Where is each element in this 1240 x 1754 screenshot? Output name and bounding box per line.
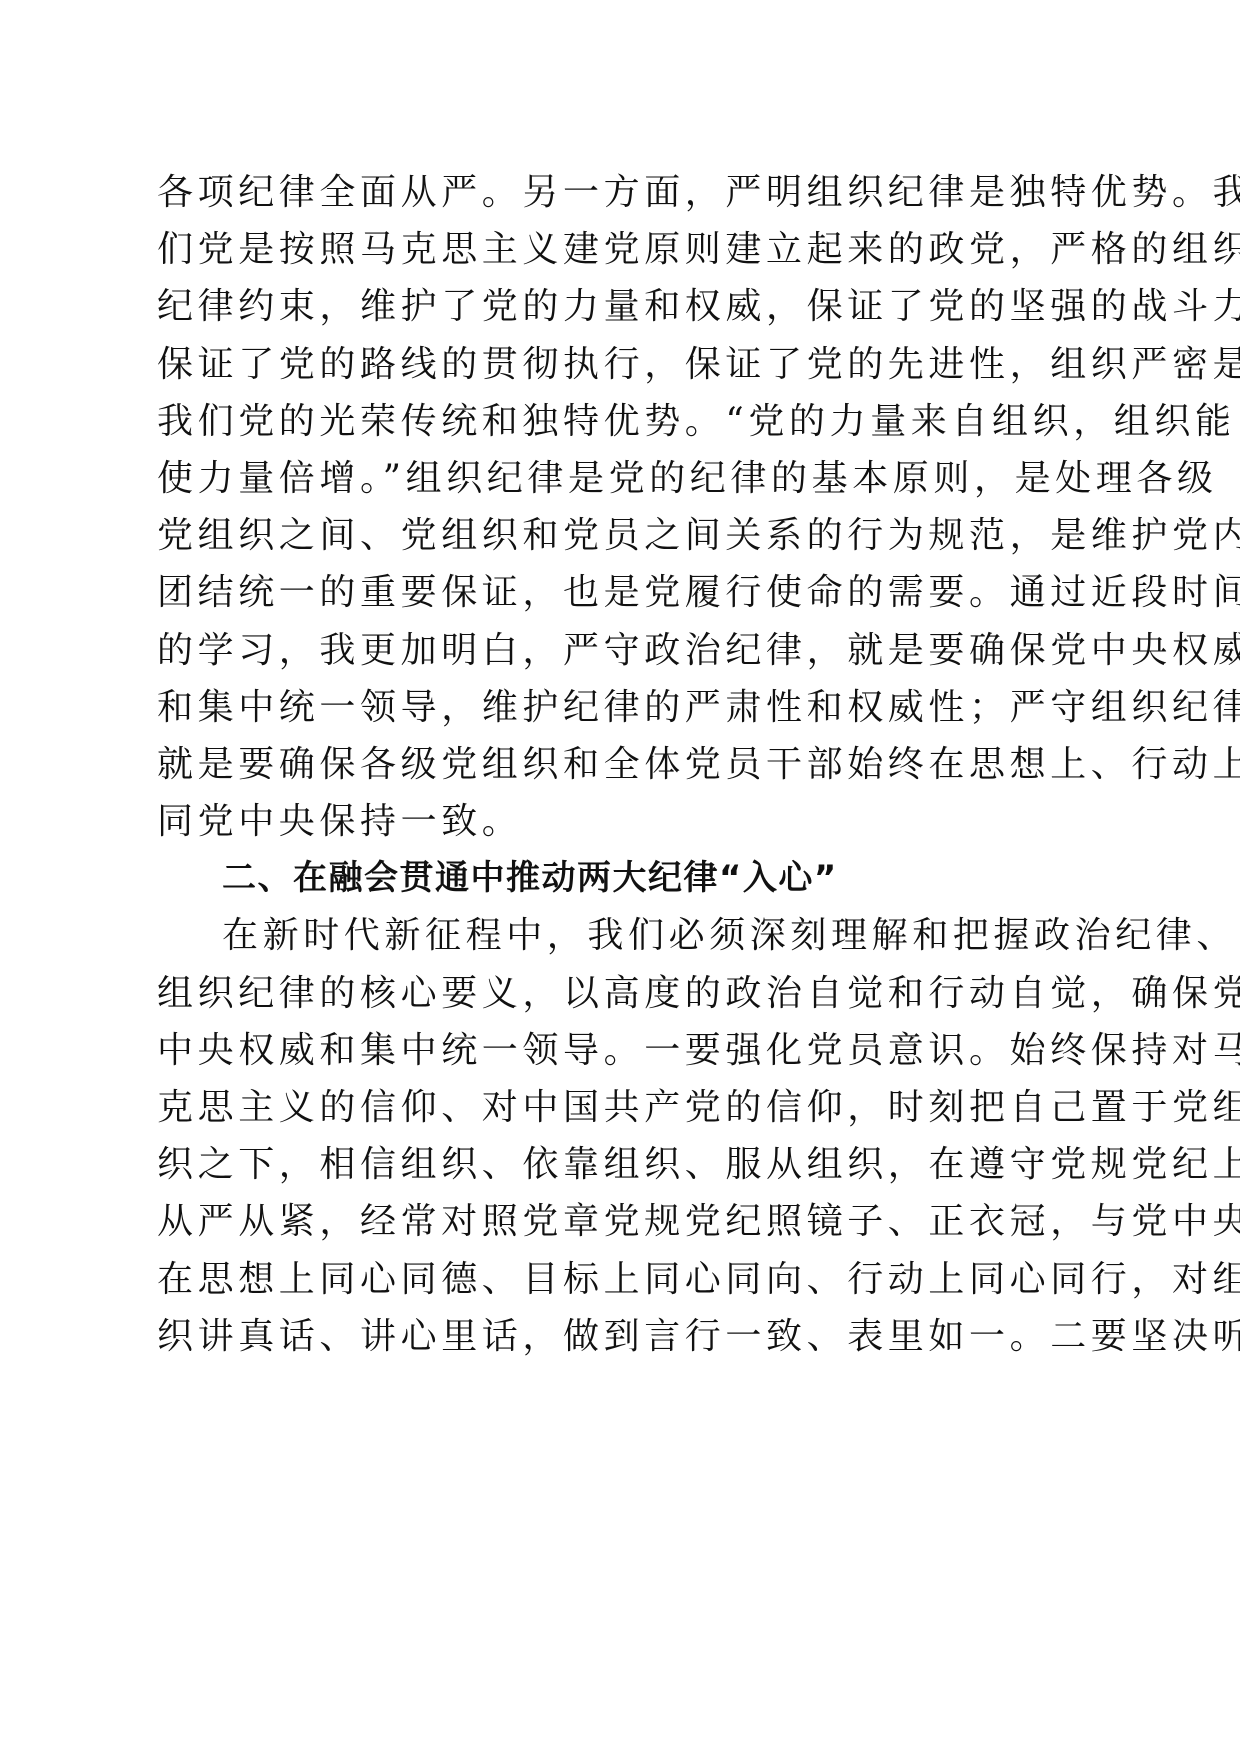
document-page: 各项纪律全面从严。另一方面，严明组织纪律是独特优势。我 们党是按照马克思主义建党… bbox=[157, 164, 1061, 1365]
text-line: 从严从紧，经常对照党章党规党纪照镜子、正衣冠，与党中央 bbox=[157, 1193, 1061, 1250]
text-line: 中央权威和集中统一领导。一要强化党员意识。始终保持对马 bbox=[157, 1022, 1061, 1079]
text-line: 们党是按照马克思主义建党原则建立起来的政党，严格的组织 bbox=[157, 221, 1061, 278]
text-line: 在思想上同心同德、目标上同心同向、行动上同心同行，对组 bbox=[157, 1251, 1061, 1308]
text-line: 在新时代新征程中，我们必须深刻理解和把握政治纪律、 bbox=[157, 907, 1061, 964]
text-line: 和集中统一领导，维护纪律的严肃性和权威性；严守组织纪律， bbox=[157, 679, 1061, 736]
text-line: 纪律约束，维护了党的力量和权威，保证了党的坚强的战斗力， bbox=[157, 278, 1061, 335]
text-line: 党组织之间、党组织和党员之间关系的行为规范，是维护党内 bbox=[157, 507, 1061, 564]
text-line: 织之下，相信组织、依靠组织、服从组织，在遵守党规党纪上 bbox=[157, 1136, 1061, 1193]
text-line: 同党中央保持一致。 bbox=[157, 793, 1061, 850]
text-line: 我们党的光荣传统和独特优势。“党的力量来自组织，组织能 bbox=[157, 393, 1061, 450]
text-line: 团结统一的重要保证，也是党履行使命的需要。通过近段时间 bbox=[157, 564, 1061, 621]
section-heading: 二、在融会贯通中推动两大纪律“入心” bbox=[157, 850, 1061, 907]
text-line: 就是要确保各级党组织和全体党员干部始终在思想上、行动上 bbox=[157, 736, 1061, 793]
text-line: 各项纪律全面从严。另一方面，严明组织纪律是独特优势。我 bbox=[157, 164, 1061, 221]
text-line: 组织纪律的核心要义，以高度的政治自觉和行动自觉，确保党 bbox=[157, 965, 1061, 1022]
text-line: 保证了党的路线的贯彻执行，保证了党的先进性，组织严密是 bbox=[157, 336, 1061, 393]
paragraph-discipline-advantage: 各项纪律全面从严。另一方面，严明组织纪律是独特优势。我 们党是按照马克思主义建党… bbox=[157, 164, 1061, 850]
text-line: 使力量倍增。”组织纪律是党的纪律的基本原则，是处理各级 bbox=[157, 450, 1061, 507]
text-line: 织讲真话、讲心里话，做到言行一致、表里如一。二要坚决听 bbox=[157, 1308, 1061, 1365]
text-line: 克思主义的信仰、对中国共产党的信仰，时刻把自己置于党组 bbox=[157, 1079, 1061, 1136]
text-line: 的学习，我更加明白，严守政治纪律，就是要确保党中央权威 bbox=[157, 622, 1061, 679]
paragraph-party-awareness: 在新时代新征程中，我们必须深刻理解和把握政治纪律、 组织纪律的核心要义，以高度的… bbox=[157, 907, 1061, 1365]
